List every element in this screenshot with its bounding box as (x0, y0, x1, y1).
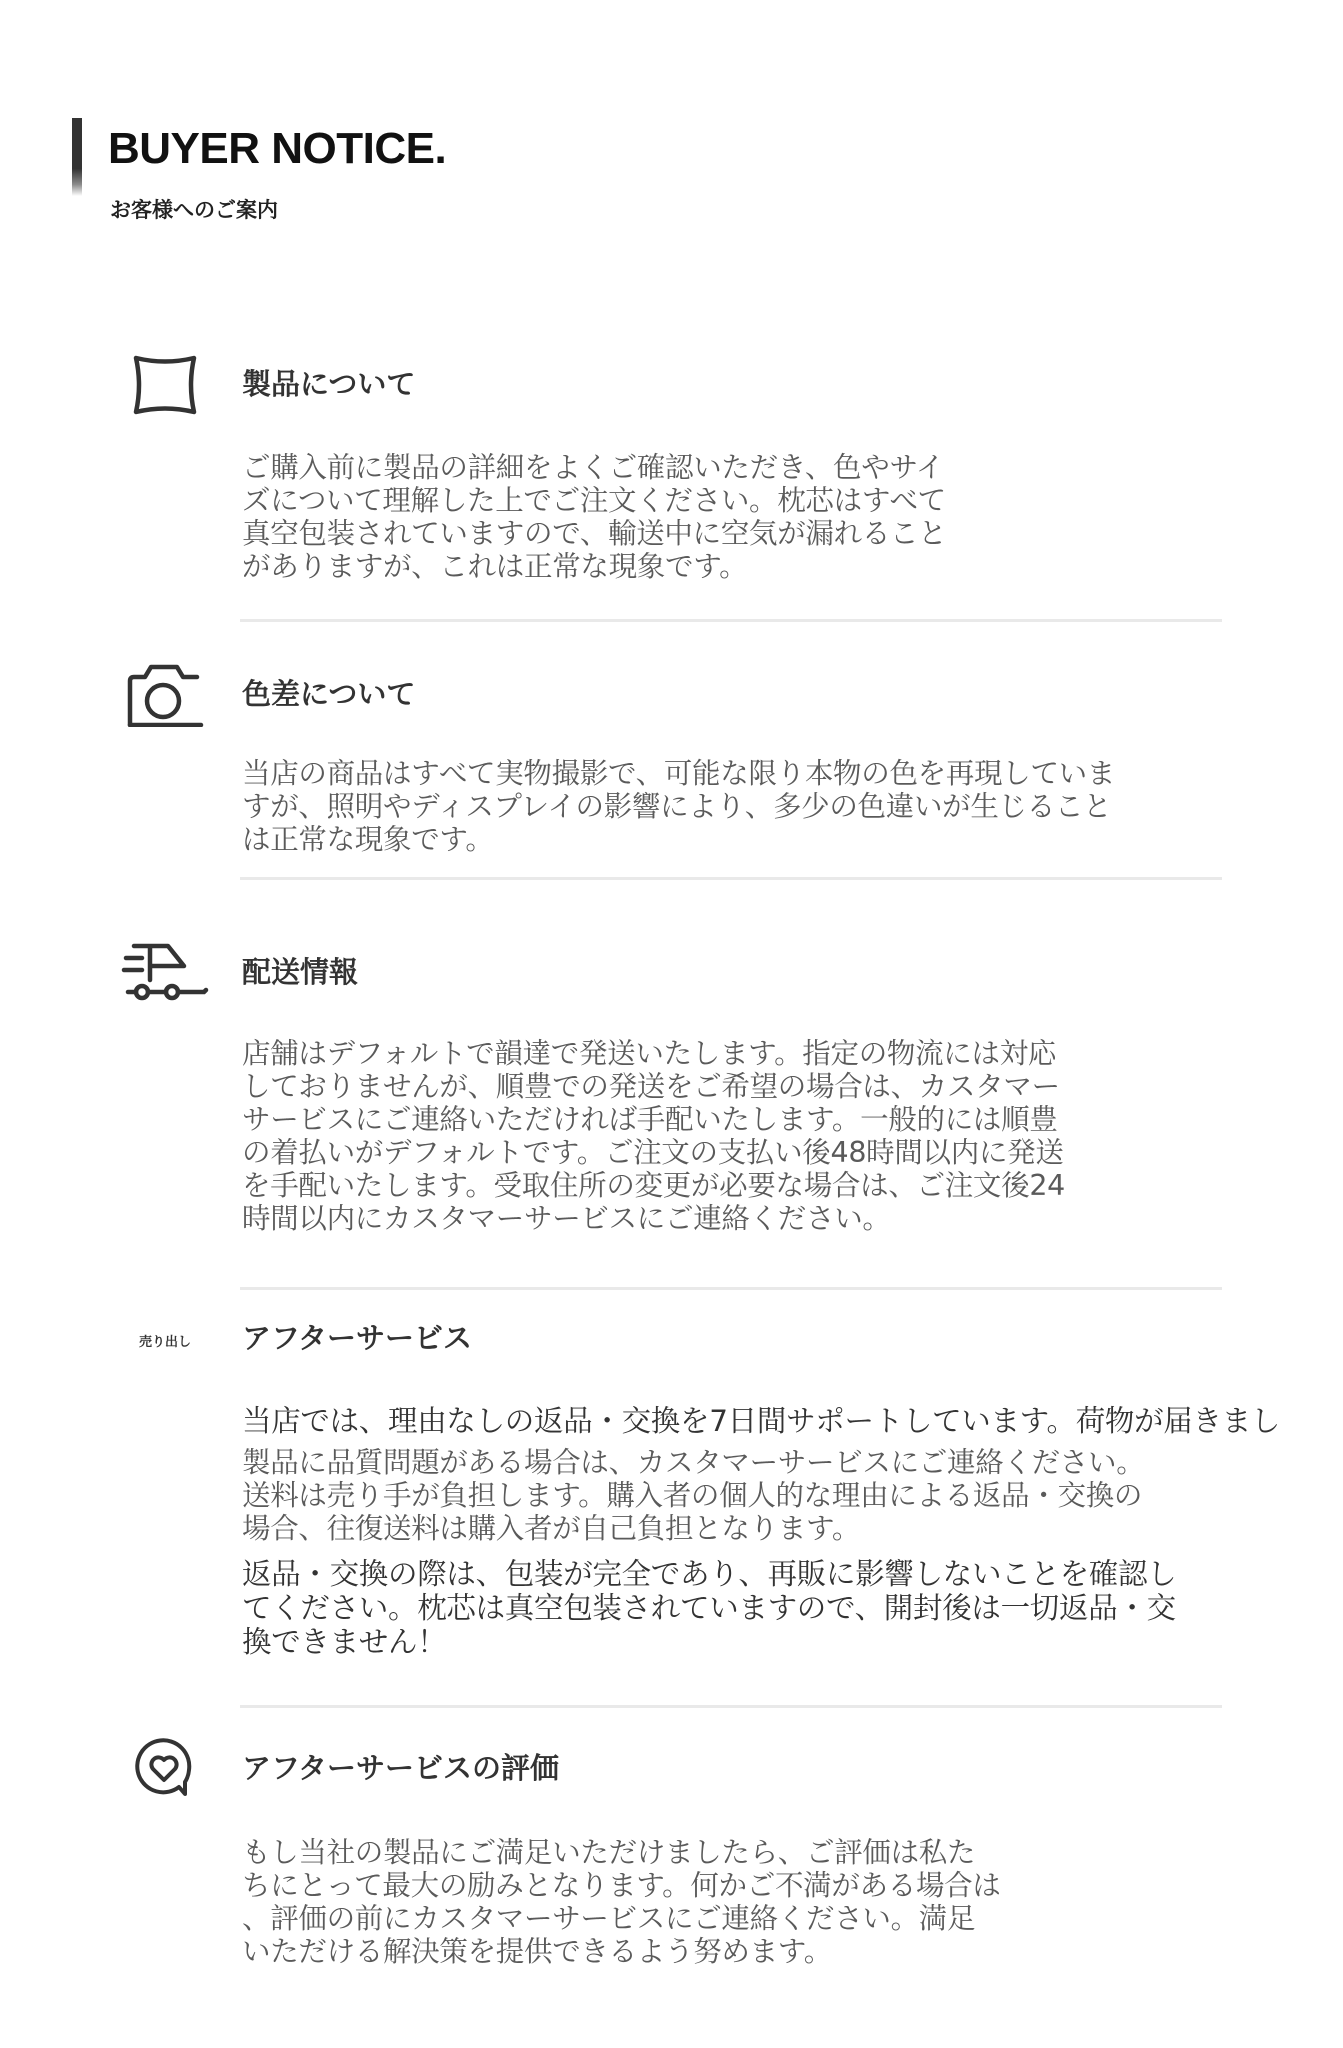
section-title-after-service: アフターサービス (242, 1316, 472, 1357)
delivery-truck-icon (118, 932, 212, 1012)
section-divider (240, 877, 1222, 880)
section-text-color: 当店の商品はすべて実物撮影で、可能な限り本物の色を再現していま すが、照明やディ… (242, 757, 1115, 856)
section-divider (240, 619, 1222, 622)
section-title-review: アフターサービスの評価 (242, 1746, 559, 1787)
section-text-return-conditions: 返品・交換の際は、包装が完全であり、再販に影響しないことを確認し てください。枕… (242, 1557, 1176, 1659)
sale-label-icon: 売り出し (118, 1300, 212, 1380)
title-accent-bar (72, 118, 82, 196)
section-text-product: ご購入前に製品の詳細をよくご確認いただき、色やサイ ズについて理解した上でご注文… (242, 451, 946, 583)
section-title-color: 色差について (242, 672, 415, 713)
heart-chat-icon (118, 1730, 212, 1810)
section-divider (240, 1705, 1222, 1708)
section-lead-after-service: 当店では、理由なしの返品・交換を7日間サポートしています。荷物が届きまし (242, 1404, 1280, 1438)
section-text-after-service: 製品に品質問題がある場合は、カスタマーサービスにご連絡ください。 送料は売り手が… (242, 1446, 1144, 1545)
page-subtitle: お客様へのご案内 (110, 194, 278, 224)
section-text-shipping: 店舗はデフォルトで韻達で発送いたします。指定の物流には対応 しておりませんが、順… (242, 1037, 1065, 1235)
section-title-product: 製品について (242, 362, 415, 403)
page-title: BUYER NOTICE. (108, 124, 446, 174)
section-text-review: もし当社の製品にご満足いただけましたら、ご評価は私た ちにとって最大の励みとなり… (242, 1836, 1001, 1968)
section-divider (240, 1287, 1222, 1290)
section-title-shipping: 配送情報 (242, 950, 358, 991)
camera-icon (118, 655, 212, 735)
pillow-icon (118, 345, 212, 425)
